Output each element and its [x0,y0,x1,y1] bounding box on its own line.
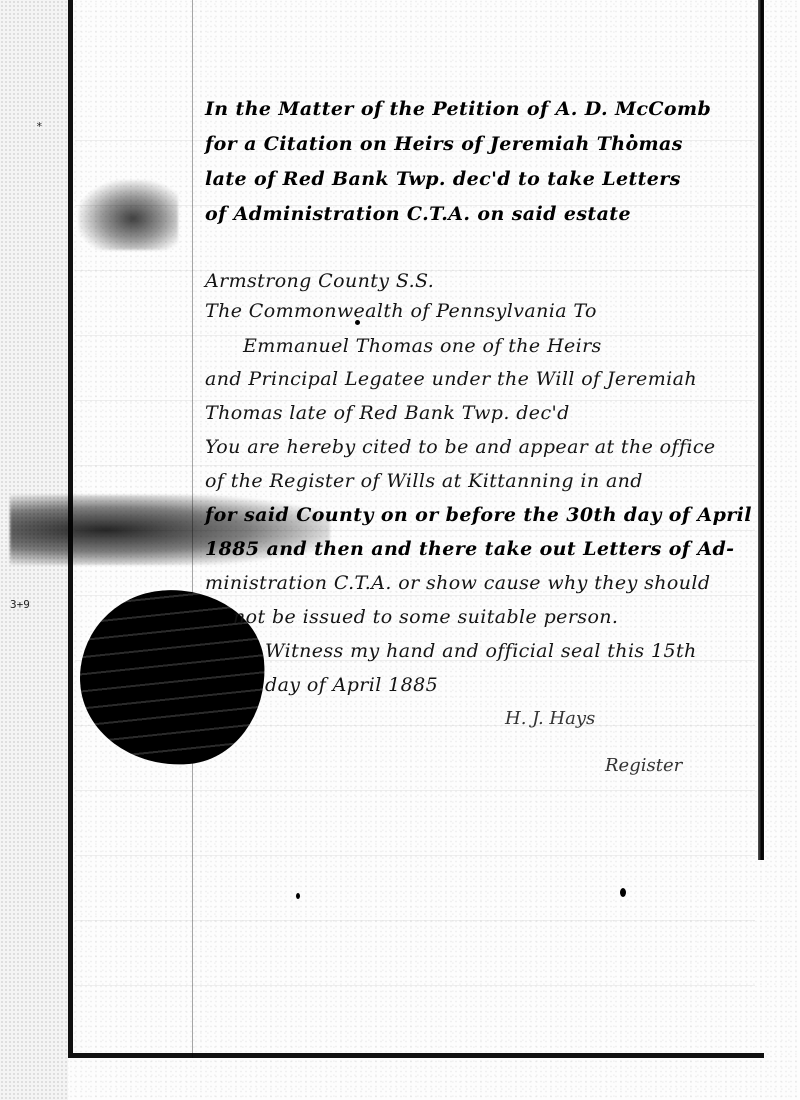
ink-speck [630,134,634,138]
body-line: day of April 1885 [265,674,438,696]
ink-speck [355,320,360,325]
caption-line: In the Matter of the Petition of A. D. M… [205,98,711,120]
page-right-edge-shadow [758,0,764,860]
ruled-line [75,985,755,986]
margin-asterisk: * [36,120,43,133]
body-line: 1885 and then and there take out Letters… [205,538,734,560]
body-line: for said County on or before the 30th da… [205,504,752,526]
ruled-line [75,855,755,856]
body-line: Thomas late of Red Bank Twp. dec'd [205,402,570,424]
body-line: Witness my hand and official seal this 1… [265,640,697,662]
body-line: not be issued to some suitable person. [233,606,618,628]
body-line: Emmanuel Thomas one of the Heirs [243,335,602,357]
body-line: ministration C.T.A. or show cause why th… [205,572,710,594]
venue-line: Armstrong County S.S. [205,270,434,292]
caption-line: for a Citation on Heirs of Jeremiah Thom… [205,133,683,155]
toner-smudge [78,180,178,250]
ruled-line [75,920,755,921]
margin-note: 3+9 [10,598,30,611]
body-line: The Commonwealth of Pennsylvania To [205,300,597,322]
signature-name: H. J. Hays [505,708,595,729]
ruled-line [75,790,755,791]
caption-line: late of Red Bank Twp. dec'd to take Lett… [205,168,681,190]
ruled-line [75,400,755,401]
ink-speck [620,888,626,897]
ruled-line [75,465,755,466]
body-line: of the Register of Wills at Kittanning i… [205,470,643,492]
caption-line: of Administration C.T.A. on said estate [205,203,631,225]
body-line: and Principal Legatee under the Will of … [205,368,697,390]
signature-title: Register [605,755,682,776]
ink-speck [296,893,300,899]
body-line: You are hereby cited to be and appear at… [205,436,716,458]
